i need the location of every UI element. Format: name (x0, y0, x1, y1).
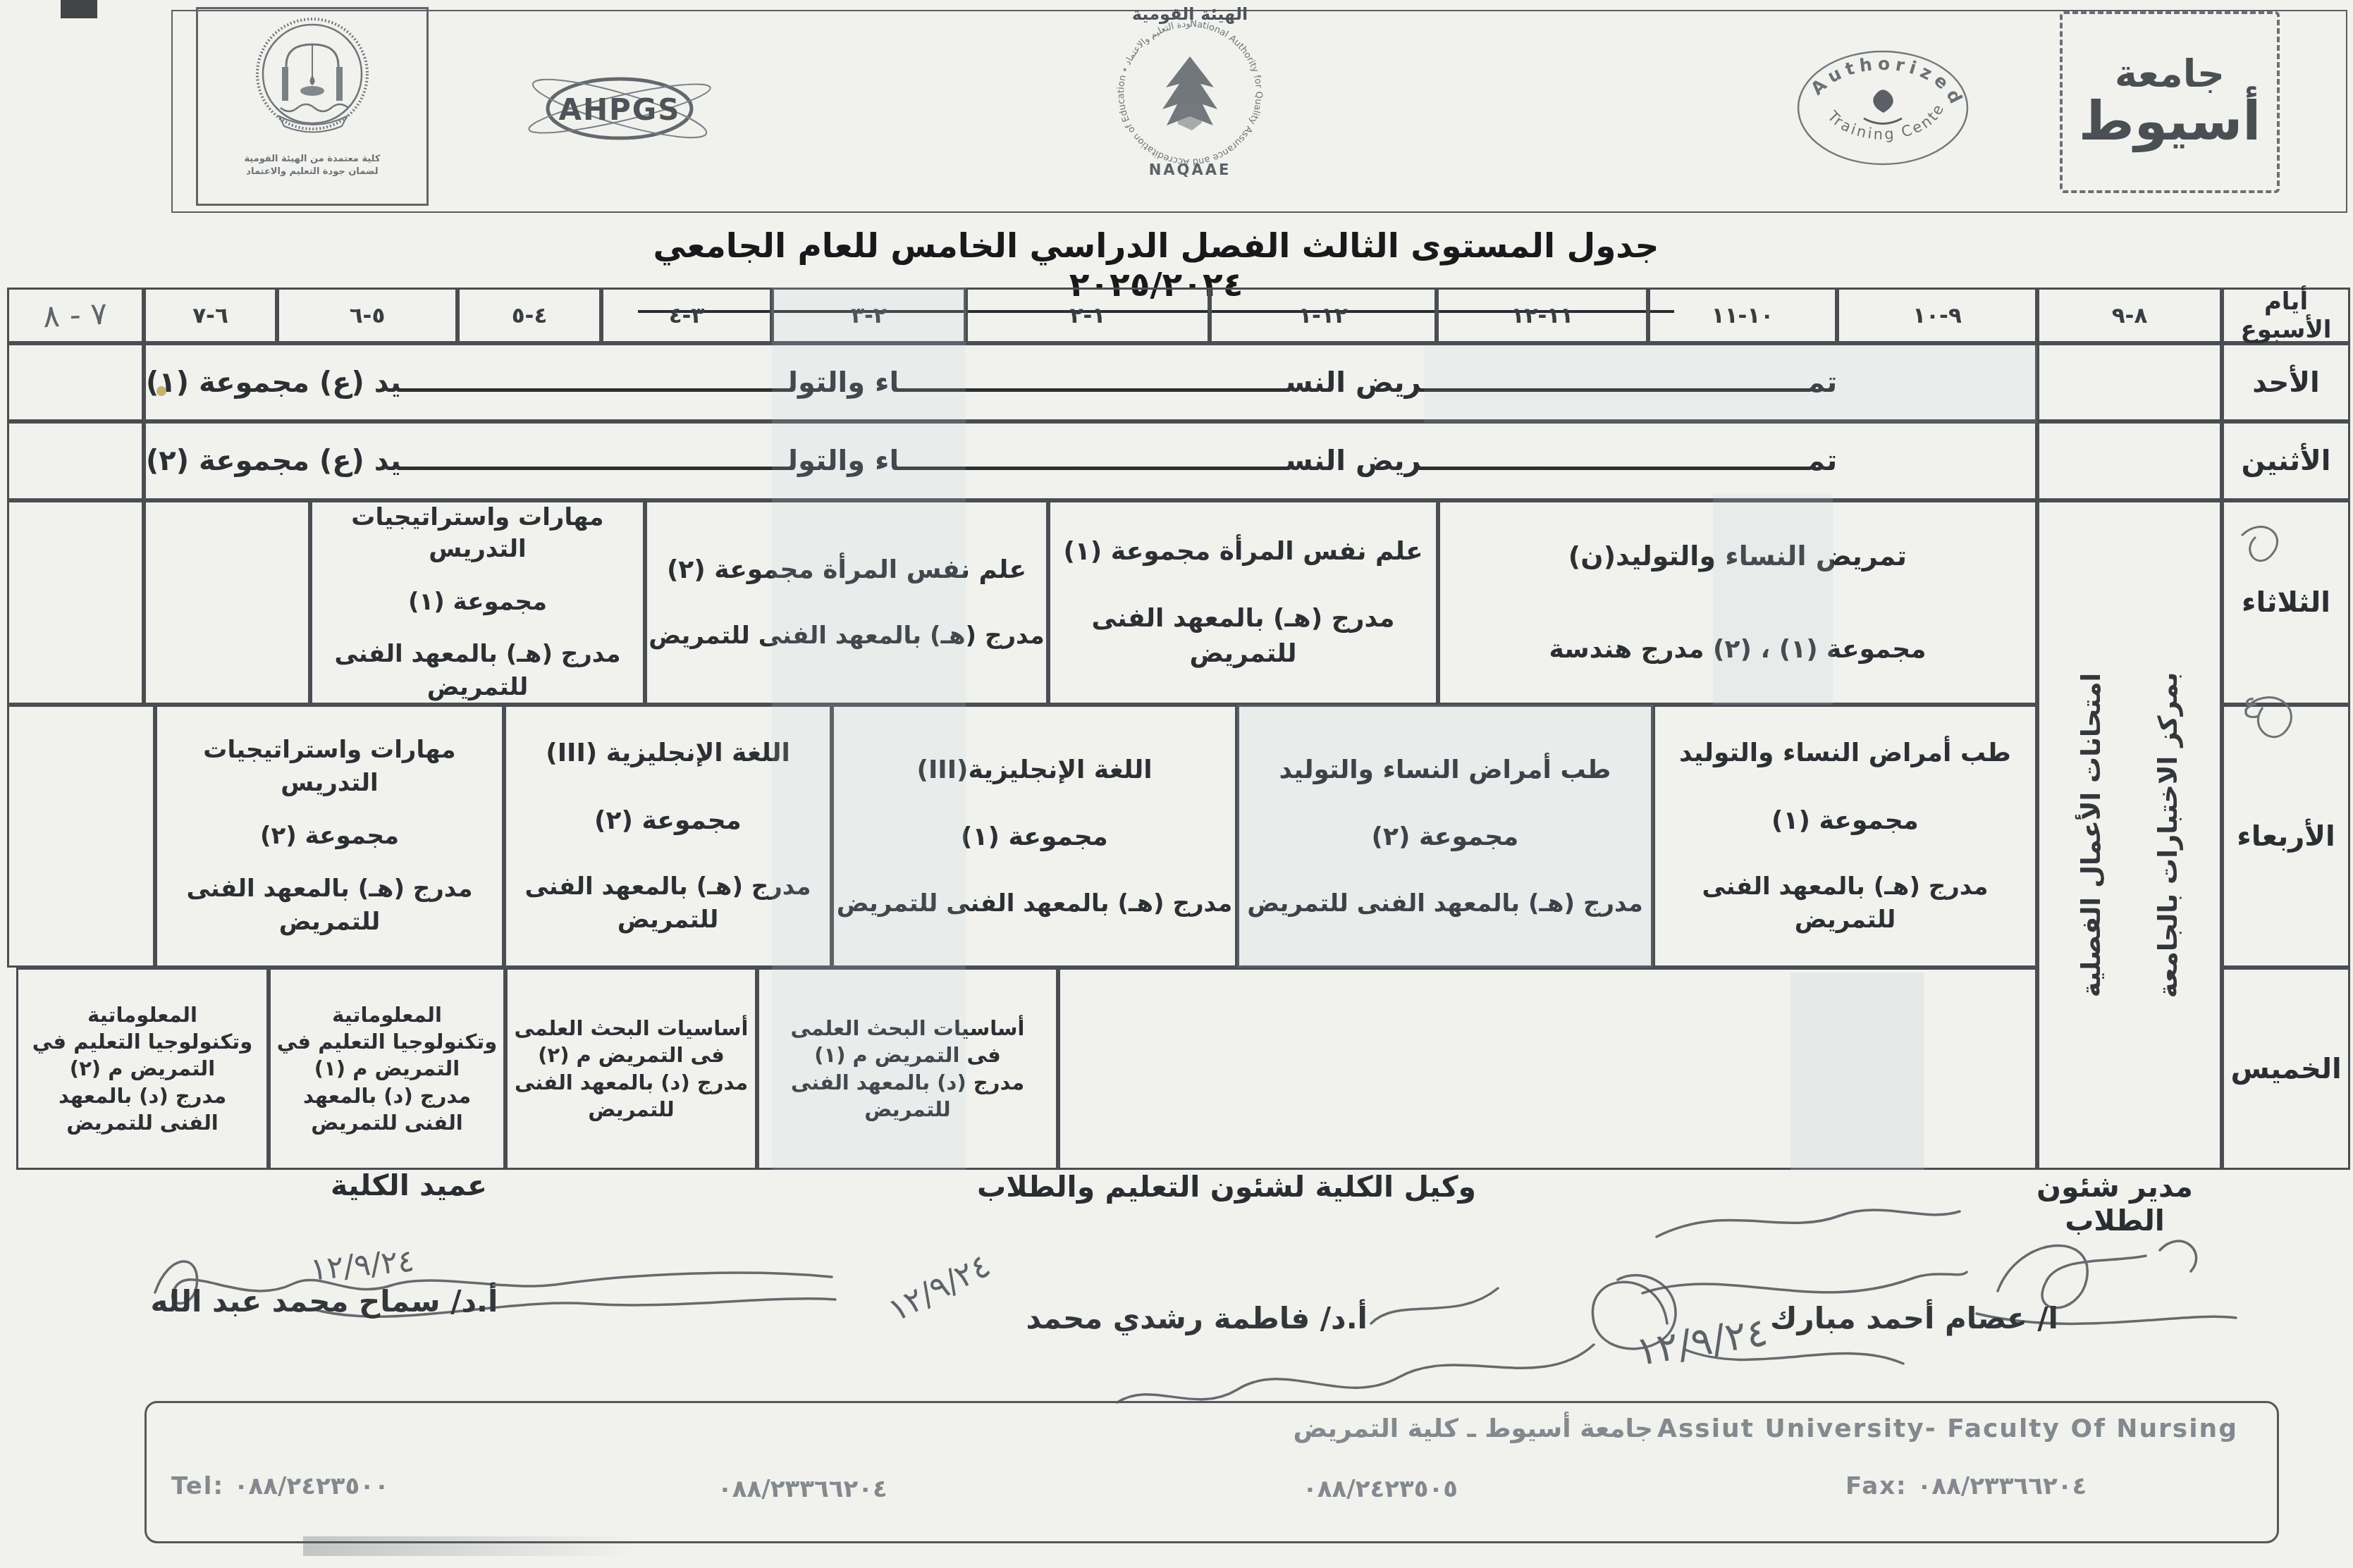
empty-cell (7, 421, 144, 500)
thursday-cell-research-basics-g2: أساسيات البحث العلمى فى التمريض م (٢) مد… (505, 968, 757, 1170)
exam-note-vertical-text: امتحانات الأعمال الفصلية بمركز الاختبارا… (2076, 672, 2183, 999)
student-affairs-name: ا/ عصام أحمد مبارك (1790, 1301, 2058, 1335)
wednesday-cell-gynecology-g2: طب أمراض النساء والتوليد مجموعة (٢) مدرج… (1237, 705, 1653, 968)
col-header-slot-1-2: ١-٢ (966, 288, 1210, 343)
dean-name: أ.د/ سماح محمد عبد الله (141, 1284, 508, 1319)
day-cell-sunday: الأحد (2222, 343, 2350, 421)
handwritten-letter-mark: ع (2243, 687, 2259, 718)
empty-cell (2037, 421, 2222, 500)
thursday-cell-research-basics-g1: أساسيات البحث العلمى فى التمريض م (١) مد… (757, 968, 1058, 1170)
naqaae-logo: الهيئة القومية National Authority for Qu… (1056, 1, 1324, 190)
col-header-slot-10-11: ١٠-١١ (1648, 288, 1837, 343)
empty-cell (2037, 343, 2222, 421)
wednesday-cell-teaching-skills-g2: مهارات واستراتيجيات التدريس مجموعة (٢) م… (155, 705, 504, 968)
col-header-slot-3-4: ٣-٤ (601, 288, 772, 343)
empty-cell (144, 500, 310, 705)
col-header-slot-6-7: ٦-٧ (144, 288, 277, 343)
col-header-slot-5-6: ٥-٦ (277, 288, 457, 343)
scan-artifact (61, 0, 97, 18)
stamp-caption-line1: كلية معتمدة من الهيئة القومية (244, 153, 380, 166)
assiut-university-logo: جامعة أسيوط (2060, 11, 2280, 193)
svg-text:NAQAAE: NAQAAE (1149, 161, 1231, 178)
thursday-cell-informatics-g1: المعلوماتية وتكنولوجيا التعليم في التمري… (269, 968, 505, 1170)
footer-tel2: ٠٨٨/٢٣٣٦٦٢٠٤ (718, 1475, 887, 1503)
tuesday-cell-teaching-skills-g1: مهارات واستراتيجيات التدريس مجموعة (١) م… (310, 500, 645, 705)
stamp-caption-line2: لضمان جودة التعليم والاعتماد (246, 166, 378, 178)
svg-text:National Authority for Quality: National Authority for Quality Assurance… (1056, 1, 1264, 167)
footer-org-english: Assiut University- Faculty Of Nursing (1657, 1414, 2238, 1443)
sunday-merged-cell: تمــــــــــــــــــــــــــــــــــــــ… (144, 343, 2037, 421)
footer-org-line: جامعة أسيوط ـ كلية التمريض Assiut Univer… (1293, 1414, 2238, 1443)
monday-merged-cell: تمــــــــــــــــــــــــــــــــــــــ… (144, 421, 2037, 500)
col-header-days: أيام الأسبوع (2222, 288, 2350, 343)
handwritten-marks (2199, 493, 2340, 761)
col-header-slot-4-5: ٤-٥ (457, 288, 601, 343)
faculty-stamp: كلية معتمدة من الهيئة القومية لضمان جودة… (196, 7, 429, 206)
ahpgs-logo: AHPGS (523, 65, 717, 153)
tuesday-cell-women-psychology-g2: علم نفس المرأة مجموعة (٢) مدرج (هـ) بالم… (645, 500, 1048, 705)
col-header-slot-12-1: ١٢-١ (1210, 288, 1437, 343)
tuesday-cell-obstetric-nursing: تمريض النساء والتوليد(ن) مجموعة (١) ، (٢… (1438, 500, 2037, 705)
vice-dean-title: وكيل الكلية لشئون التعليم والطلاب (973, 1170, 1480, 1204)
timetable: أيام الأسبوع ٨-٩ ٩-١٠ ١٠-١١ ١١-١٢ ١٢-١ ١… (7, 288, 2350, 1170)
empty-cell (7, 705, 155, 968)
wednesday-cell-english-g1: اللغة الإنجليزية(III) مجموعة (١) مدرج (ه… (832, 705, 1237, 968)
empty-cell (7, 500, 144, 705)
dean-title: عميد الكلية (282, 1168, 536, 1202)
thursday-cell-informatics-g2: المعلوماتية وتكنولوجيا التعليم في التمري… (16, 968, 269, 1170)
assiut-logo-word2: أسيوط (2079, 93, 2261, 149)
footer-tel: Tel: ٠٨٨/٢٤٢٣٥٠٠ (171, 1472, 389, 1500)
vice-dean-handwritten-date: ١٢/٩/٢٤ (882, 1246, 996, 1329)
wednesday-cell-english-g2: اللغة الإنجليزية (III) مجموعة (٢) مدرج (… (504, 705, 832, 968)
faculty-stamp-seal-icon (238, 12, 386, 153)
day-cell-thursday: الخميس (2222, 968, 2350, 1170)
scanned-timetable-page: { "page": { "title": "جدول المستوى الثال… (0, 0, 2353, 1568)
col-header-slot-8-9: ٨-٩ (2037, 288, 2222, 343)
footer-contact-box: جامعة أسيوط ـ كلية التمريض Assiut Univer… (145, 1401, 2279, 1543)
day-cell-monday: الأثنين (2222, 421, 2350, 500)
svg-text:AHPGS: AHPGS (558, 92, 680, 127)
col-header-slot-7-8: ٧ - ٨ (7, 288, 144, 343)
col-header-slot-9-10: ٩-١٠ (1837, 288, 2037, 343)
empty-cell (1058, 968, 2037, 1170)
col-header-slot-11-12: ١١-١٢ (1437, 288, 1648, 343)
authorized-training-center-badge: Authorized Training Center (1781, 41, 1985, 175)
empty-cell (7, 343, 144, 421)
assiut-logo-word1: جامعة (2115, 55, 2225, 93)
col-header-slot-2-3: ٢-٣ (772, 288, 966, 343)
scan-smudge (303, 1536, 634, 1556)
vice-dean-name: أ.د/ فاطمة رشدي محمد (1043, 1301, 1368, 1335)
tuesday-cell-women-psychology-g1: علم نفس المرأة مجموعة (١) مدرج (هـ) بالم… (1048, 500, 1438, 705)
footer-tel3: ٠٨٨/٢٤٢٣٥٠٥ (1303, 1475, 1458, 1503)
exam-note-cell: امتحانات الأعمال الفصلية بمركز الاختبارا… (2037, 500, 2222, 1170)
wednesday-cell-gynecology-g1: طب أمراض النساء والتوليد مجموعة (١) مدرج… (1653, 705, 2037, 968)
footer-fax: Fax: ٠٨٨/٢٣٣٦٦٢٠٤ (1845, 1472, 2087, 1500)
footer-org-arabic: جامعة أسيوط ـ كلية التمريض (1293, 1414, 1653, 1443)
